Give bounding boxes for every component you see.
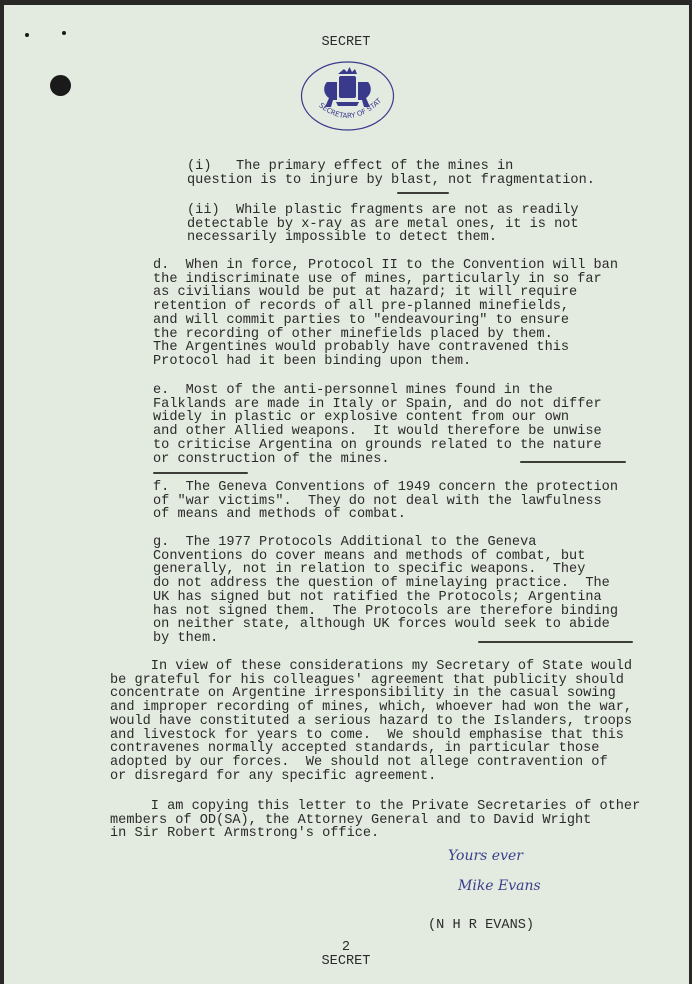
paragraph-f: f. The Geneva Conventions of 1949 concer… <box>153 481 618 522</box>
line: necessarily impossible to detect them. <box>187 230 497 245</box>
classification-footer: SECRET <box>0 955 692 969</box>
typed-signatory-name: (N H R EVANS) <box>428 919 534 933</box>
handwritten-underline <box>153 472 248 474</box>
page-number: 2 <box>0 941 692 955</box>
sub-item-i: (i) The primary effect of the mines in q… <box>187 160 595 187</box>
paragraph-g: g. The 1977 Protocols Additional to the … <box>153 536 618 646</box>
handwritten-underline <box>520 461 626 463</box>
punch-mark <box>62 31 66 35</box>
handwritten-signature: Mike Evans <box>458 878 541 894</box>
handwritten-underline <box>397 192 449 194</box>
classification-header: SECRET <box>0 36 692 50</box>
royal-crest-icon: SECRETARY OF STATE <box>300 60 395 132</box>
paragraph-conclusion: In view of these considerations my Secre… <box>110 660 632 783</box>
handwritten-valediction: Yours ever <box>448 848 523 864</box>
paragraph-d: d. When in force, Protocol II to the Con… <box>153 259 618 369</box>
line: question is to injure by blast, not frag… <box>187 173 595 188</box>
paragraph-copying: I am copying this letter to the Private … <box>110 800 640 841</box>
handwritten-underline <box>478 641 633 643</box>
paragraph-e: e. Most of the anti-personnel mines foun… <box>153 384 602 466</box>
sub-item-ii: (ii) While plastic fragments are not as … <box>187 204 579 245</box>
punch-hole <box>50 75 71 96</box>
